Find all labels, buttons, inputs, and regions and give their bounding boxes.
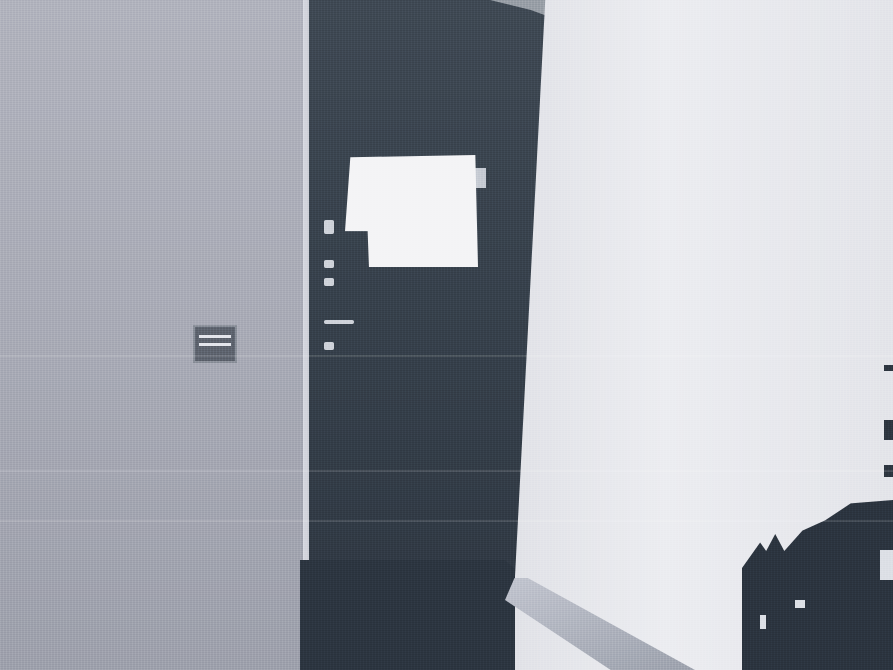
clutter-highlight xyxy=(880,550,893,580)
left-wall xyxy=(0,0,308,670)
scanline xyxy=(0,470,893,472)
clutter-highlight xyxy=(760,615,766,629)
vent-slat xyxy=(199,343,231,346)
scanline xyxy=(0,520,893,522)
photo-scene xyxy=(0,0,893,670)
scanline xyxy=(0,355,893,357)
door-edge-marks xyxy=(320,220,350,360)
vent-slat xyxy=(199,335,231,338)
right-edge-objects xyxy=(884,360,893,480)
clutter-highlight xyxy=(795,600,805,608)
wall-vent xyxy=(193,325,237,363)
